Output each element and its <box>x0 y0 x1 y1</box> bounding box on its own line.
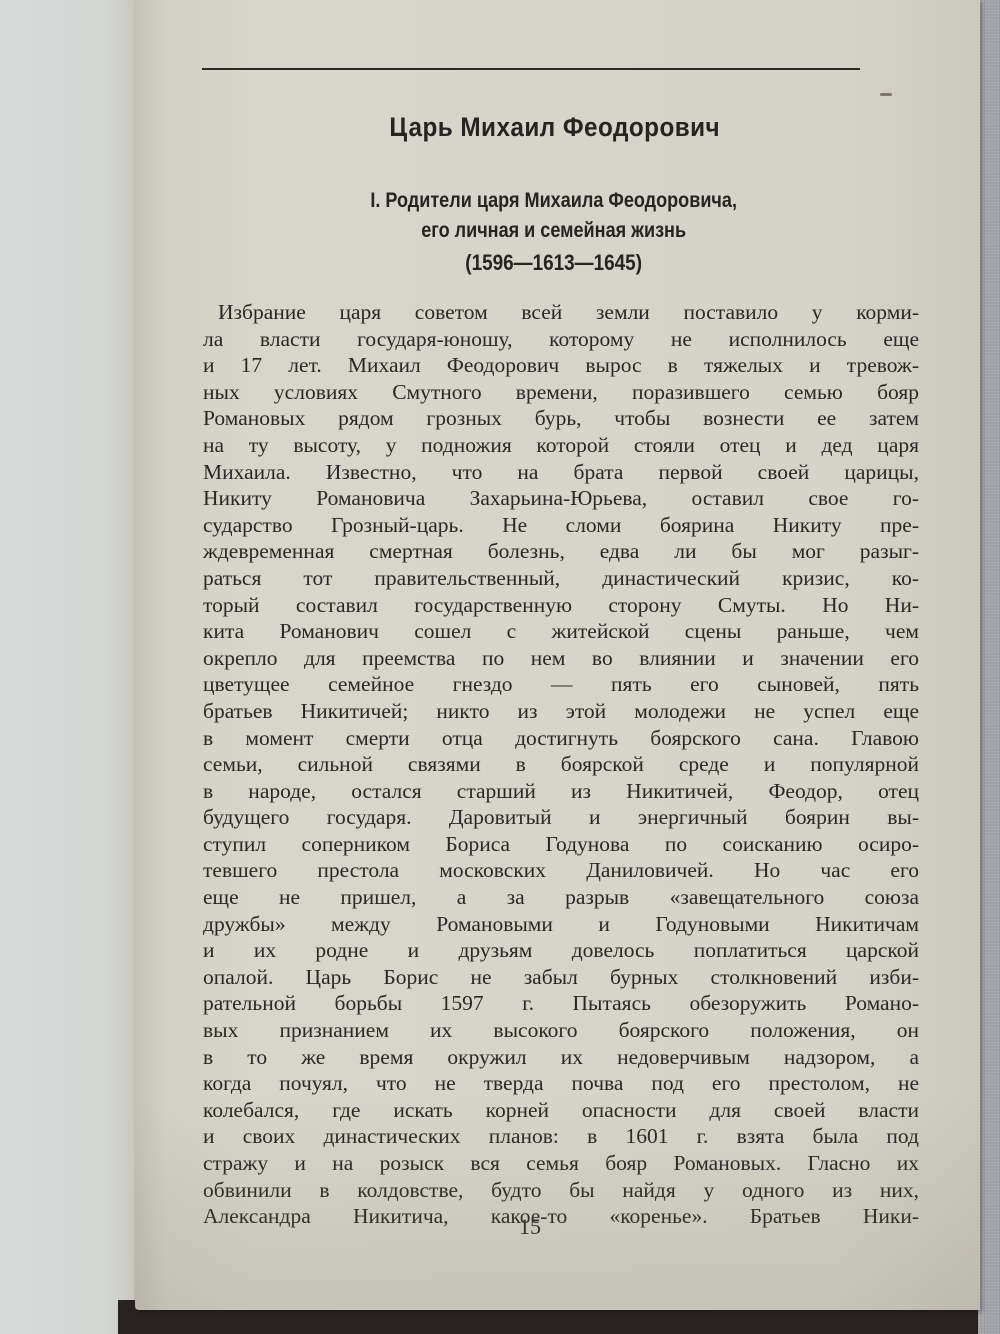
text-line: и их родне и друзьям довелось поплатитьс… <box>203 937 919 964</box>
section-dates: (1596—1613—1645) <box>190 248 917 278</box>
text-line: Михаила. Известно, что на брата первой с… <box>203 459 919 486</box>
text-line: колебался, где искать корней опасности д… <box>203 1097 919 1124</box>
text-line: Избрание царя советом всей земли постави… <box>203 299 919 326</box>
text-line: сударство Грозный-царь. Не сломи боярина… <box>203 512 919 539</box>
text-line: будущего государя. Даровитый и энергичны… <box>203 804 919 831</box>
book-page: Царь Михаил Феодорович I. Родители царя … <box>135 0 980 1310</box>
text-line: окрепло для преемства по нем во влиянии … <box>203 645 919 672</box>
text-line: вых признанием их высокого боярского пол… <box>203 1017 919 1044</box>
text-line: в народе, остался старший из Никитичей, … <box>203 778 919 805</box>
text-line: дружбы» между Романовыми и Годуновыми Ни… <box>203 911 919 938</box>
text-line: братьев Никитичей; никто из этой молодеж… <box>203 698 919 725</box>
text-line: семьи, сильной связями в боярской среде … <box>203 751 919 778</box>
text-line: ждевременная смертная болезнь, едва ли б… <box>203 538 919 565</box>
text-line: рательной борьбы 1597 г. Пытаясь обезору… <box>203 990 919 1017</box>
text-line: еще не пришел, а за разрыв «завещательно… <box>203 884 919 911</box>
text-line: и 17 лет. Михаил Феодорович вырос в тяже… <box>203 352 919 379</box>
text-line: раться тот правительственный, династичес… <box>203 565 919 592</box>
text-line: ных условиях Смутного времени, поразивше… <box>203 379 919 406</box>
text-line: в то же время окружил их недоверчивым на… <box>203 1044 919 1071</box>
text-line: ступил соперником Бориса Годунова по сои… <box>203 831 919 858</box>
text-line: на ту высоту, у подножия которой стояли … <box>203 432 919 459</box>
section-title-line-1: I. Родители царя Михаила Феодоровича, <box>190 186 917 216</box>
text-line: торый составил государственную сторону С… <box>203 592 919 619</box>
section-title-line-2: его личная и семейная жизнь <box>190 216 917 246</box>
text-line: и своих династических планов: в 1601 г. … <box>203 1123 919 1150</box>
text-line: Романовых рядом грозных бурь, чтобы возн… <box>203 405 919 432</box>
text-line: Александра Никитича, какое-то «коренье».… <box>203 1203 919 1230</box>
section-title: I. Родители царя Михаила Феодоровича, ег… <box>190 186 917 278</box>
text-line: ла власти государя-юношу, которому не ис… <box>203 326 919 353</box>
text-line: кита Романович сошел с житейской сцены р… <box>203 618 919 645</box>
text-line: цветущее семейное гнездо — пять его сыно… <box>203 671 919 698</box>
header-rule <box>202 68 860 70</box>
facing-page-left <box>0 0 135 1334</box>
text-line: опалой. Царь Борис не забыл бурных столк… <box>203 964 919 991</box>
text-line: Никиту Романовича Захарьина-Юрьева, оста… <box>203 485 919 512</box>
page-number: 15 <box>135 1214 925 1240</box>
text-line: обвинили в колдовстве, будто бы найдя у … <box>203 1177 919 1204</box>
body-paragraph: Избрание царя советом всей земли постави… <box>203 299 919 1230</box>
text-line: в момент смерти отца достигнуть боярског… <box>203 725 919 752</box>
text-line: тевшего престола московских Даниловичей.… <box>203 857 919 884</box>
paper-fleck <box>880 93 892 96</box>
chapter-title: Царь Михаил Феодорович <box>175 112 936 143</box>
text-line: стражу и на розыск вся семья бояр Романо… <box>203 1150 919 1177</box>
text-line: когда почуял, что не тверда почва под ег… <box>203 1070 919 1097</box>
